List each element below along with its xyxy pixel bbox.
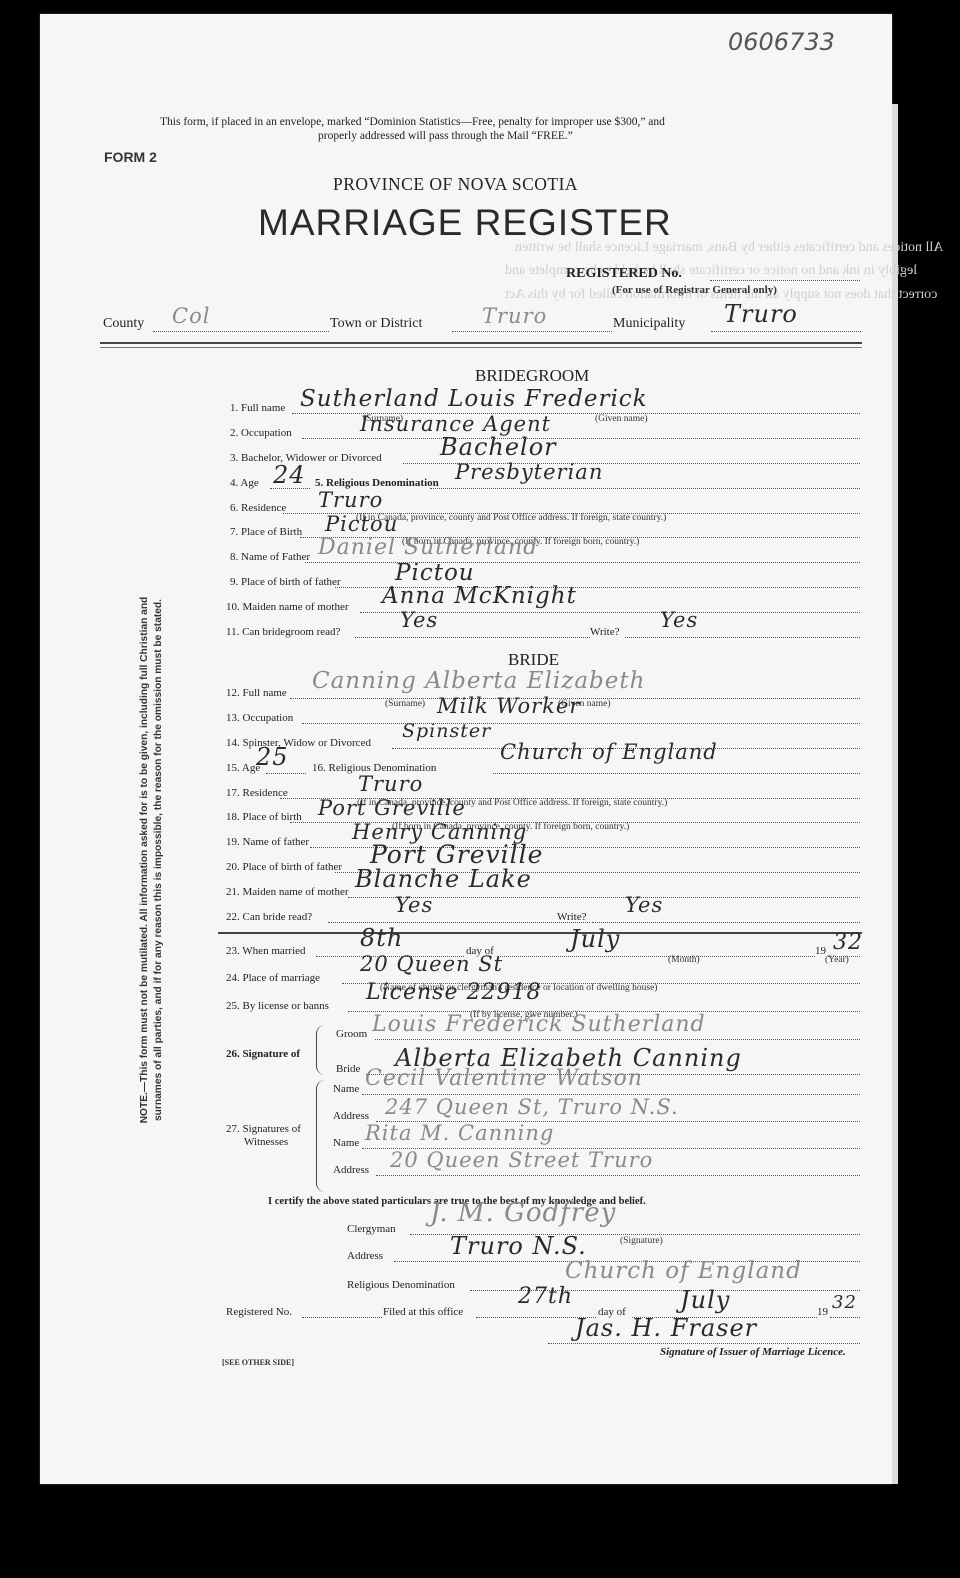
- county-value: Col: [172, 304, 210, 328]
- clergyman-label: Clergyman: [347, 1223, 396, 1235]
- groom-occupation-field[interactable]: [302, 438, 860, 439]
- town-label: Town or District: [330, 316, 422, 332]
- bride-age-value: 25: [256, 743, 289, 771]
- groom-read-value: Yes: [400, 608, 438, 632]
- clergyman-address-value: Truro N.S.: [450, 1232, 587, 1260]
- county-field[interactable]: [153, 331, 329, 332]
- side-note: NOTE.—This form must not be mutilated. A…: [138, 540, 166, 1180]
- groom-father-birthplace-label: 9. Place of birth of father: [230, 576, 341, 588]
- groom-signature-value: Louis Frederick Sutherland: [372, 1012, 706, 1037]
- when-married-month-field[interactable]: [500, 956, 815, 957]
- clergyman-denomination-value: Church of England: [565, 1258, 802, 1284]
- bride-fullname-value: Canning Alberta Elizabeth: [312, 668, 645, 694]
- bride-read-label: 22. Can bride read?: [226, 911, 312, 923]
- header-divider: [100, 342, 862, 344]
- when-married-month-value: July: [570, 925, 620, 953]
- groom-write-label: Write?: [590, 626, 619, 638]
- bridegroom-heading: BRIDEGROOM: [475, 366, 589, 386]
- surname-hint: (Surname): [385, 699, 425, 709]
- when-married-year-value: 32: [833, 930, 863, 955]
- witnesses-label-line1: 27. Signatures of: [226, 1123, 301, 1135]
- year-hint: (Year): [825, 955, 849, 965]
- municipality-value: Truro: [724, 300, 798, 328]
- bride-occupation-field[interactable]: [302, 723, 860, 724]
- bride-mother-value: Blanche Lake: [355, 865, 532, 893]
- residence-hint: (If in Canada, province, county and Post…: [356, 513, 666, 523]
- issuer-signature-label: Signature of Issuer of Marriage Licence.: [660, 1346, 846, 1358]
- groom-signature-field[interactable]: [375, 1039, 860, 1040]
- filed-month-value: July: [680, 1286, 730, 1314]
- signature-hint: (Signature): [620, 1236, 663, 1246]
- witness2-name-label: Name: [333, 1137, 359, 1149]
- witness2-address-label: Address: [333, 1164, 369, 1176]
- bride-heading: BRIDE: [508, 650, 559, 670]
- groom-father-label: 8. Name of Father: [230, 551, 310, 563]
- groom-residence-label: 6. Residence: [230, 502, 286, 514]
- clergyman-address-label: Address: [347, 1250, 383, 1262]
- groom-write-field[interactable]: [625, 637, 860, 638]
- bride-write-value: Yes: [625, 893, 663, 917]
- bride-write-field[interactable]: [592, 922, 860, 923]
- bride-father-label: 19. Name of father: [226, 836, 309, 848]
- see-other-side-note: [SEE OTHER SIDE]: [222, 1358, 294, 1367]
- witness1-address-label: Address: [333, 1110, 369, 1122]
- bride-signature-label: Bride: [336, 1063, 360, 1075]
- groom-mother-label: 10. Maiden name of mother: [226, 601, 349, 613]
- license-value: License 22918: [366, 980, 541, 1005]
- groom-religion-value: Presbyterian: [455, 460, 603, 484]
- groom-read-field[interactable]: [355, 637, 590, 638]
- province-heading: PROVINCE OF NOVA SCOTIA: [333, 174, 578, 195]
- registered-no-bottom-field[interactable]: [302, 1317, 382, 1318]
- place-of-marriage-label: 24. Place of marriage: [226, 972, 320, 984]
- groom-birthplace-label: 7. Place of Birth: [230, 526, 302, 538]
- groom-signature-label: Groom: [336, 1028, 367, 1040]
- month-hint: (Month): [668, 955, 700, 965]
- filed-day-value: 27th: [518, 1284, 573, 1309]
- witness1-name-value: Cecil Valentine Watson: [365, 1066, 643, 1091]
- bride-residence-value: Truro: [358, 772, 423, 796]
- given-name-hint: (Given name): [595, 414, 648, 424]
- stamp-number: 0606733: [728, 28, 835, 56]
- signature-brace: [316, 1025, 325, 1075]
- bride-occupation-value: Milk Worker: [437, 694, 580, 718]
- groom-residence-value: Truro: [318, 488, 383, 512]
- groom-status-value: Bachelor: [440, 433, 557, 461]
- registered-no-bottom-label: Registered No.: [226, 1306, 292, 1318]
- page-title: MARRIAGE REGISTER: [258, 202, 672, 244]
- witnesses-brace: [316, 1080, 325, 1192]
- bride-read-field[interactable]: [328, 922, 590, 923]
- town-field[interactable]: [452, 331, 612, 332]
- registered-no-label: REGISTERED No.: [566, 266, 682, 282]
- witness1-address-value: 247 Queen St, Truro N.S.: [385, 1095, 679, 1119]
- section-divider: [218, 932, 862, 934]
- bride-occupation-label: 13. Occupation: [226, 712, 293, 724]
- bride-read-value: Yes: [395, 893, 433, 917]
- issuer-signature-field[interactable]: [548, 1343, 860, 1344]
- filed-year-field[interactable]: [830, 1317, 860, 1318]
- bride-birthplace-value: Port Greville: [318, 796, 466, 820]
- bride-status-label: 14. Spinster, Widow or Divorced: [226, 737, 371, 749]
- county-label: County: [103, 316, 144, 332]
- place-of-marriage-value: 20 Queen St: [360, 952, 503, 976]
- groom-birthplace-value: Pictou: [325, 512, 398, 536]
- groom-father-field[interactable]: [305, 562, 860, 563]
- header-divider: [100, 347, 862, 348]
- groom-age-label: 4. Age: [230, 477, 259, 489]
- bride-age-field[interactable]: [266, 773, 306, 774]
- license-label: 25. By license or banns: [226, 1000, 329, 1012]
- issuer-signature-value: Jas. H. Fraser: [575, 1314, 757, 1342]
- when-married-day-value: 8th: [360, 924, 403, 952]
- municipality-label: Municipality: [613, 316, 685, 332]
- mailing-notice-line1: This form, if placed in an envelope, mar…: [160, 116, 665, 128]
- groom-religion-field[interactable]: [430, 488, 860, 489]
- registered-no-note: (For use of Registrar General only): [612, 284, 777, 296]
- bride-status-value: Spinster: [402, 720, 491, 742]
- witness2-name-value: Rita M. Canning: [365, 1121, 554, 1145]
- municipality-field[interactable]: [711, 331, 861, 332]
- bride-write-label: Write?: [557, 911, 586, 923]
- witness2-address-field[interactable]: [376, 1175, 860, 1176]
- bride-religion-value: Church of England: [500, 740, 718, 764]
- bride-father-birthplace-label: 20. Place of birth of father: [226, 861, 342, 873]
- bride-fullname-label: 12. Full name: [226, 687, 287, 699]
- groom-father-value: Daniel Sutherland: [318, 535, 538, 560]
- groom-occupation-label: 2. Occupation: [230, 427, 292, 439]
- clergyman-signature-value: J. M. Godfrey: [430, 1198, 616, 1228]
- registered-no-field[interactable]: [710, 280, 860, 281]
- bride-mother-label: 21. Maiden name of mother: [226, 886, 349, 898]
- groom-age-value: 24: [273, 461, 306, 489]
- town-value: Truro: [482, 304, 547, 328]
- filed-year-prefix: 19: [817, 1306, 828, 1318]
- witness1-name-label: Name: [333, 1083, 359, 1095]
- filed-label: Filed at this office: [383, 1306, 463, 1318]
- witnesses-label-line2: Witnesses: [244, 1136, 288, 1148]
- groom-fullname-label: 1. Full name: [230, 402, 285, 414]
- bride-religion-field[interactable]: [493, 773, 860, 774]
- filed-year-value: 32: [832, 1292, 857, 1313]
- form-number: FORM 2: [104, 149, 157, 165]
- mailing-notice-line2: properly addressed will pass through the…: [318, 130, 573, 142]
- groom-write-value: Yes: [660, 608, 698, 632]
- when-married-label: 23. When married: [226, 945, 306, 957]
- clergyman-denomination-label: Religious Denomination: [347, 1279, 455, 1291]
- groom-fullname-value: Sutherland Louis Frederick: [300, 386, 648, 412]
- groom-read-label: 11. Can bridegroom read?: [226, 626, 340, 638]
- signature-of-label: 26. Signature of: [226, 1048, 300, 1060]
- groom-mother-value: Anna McKnight: [382, 583, 577, 609]
- witness2-address-value: 20 Queen Street Truro: [390, 1148, 653, 1172]
- bride-residence-label: 17. Residence: [226, 787, 288, 799]
